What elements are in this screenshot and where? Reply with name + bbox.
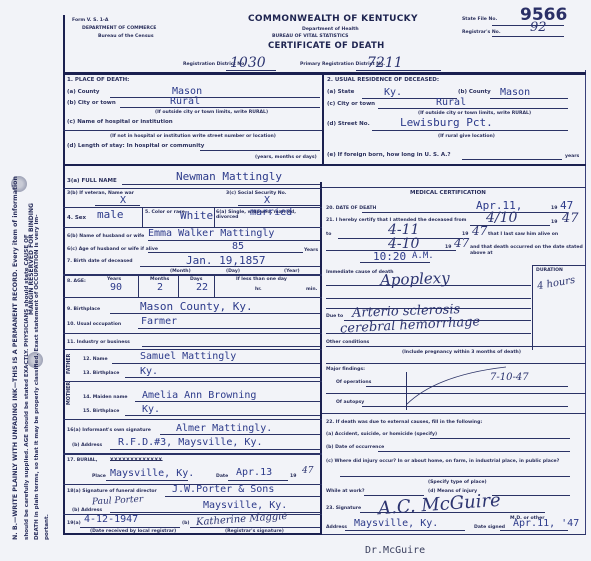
age-hr-label: hr. [255,287,262,292]
age-min-label: min. [306,287,317,292]
res-state-label: (a) State [327,89,354,95]
res-county-label: (b) County [458,89,491,95]
operations-label: Of operations [336,380,371,385]
major-findings-label: Major findings: [326,367,365,372]
res-street-value: Lewisburg Pct. [400,116,493,129]
binding-margin: N. B.—WRITE PLAINLY WITH UNFADING INK—TH… [0,0,62,561]
address-label: Address [326,525,347,530]
death-occurred-text: and that death occurred on the date stat… [470,245,585,257]
birth-date-label: 7. Birth date of deceased [67,259,132,264]
attended-from-year-prefix: 19 [551,220,557,225]
industry-label: 11. Industry or business [67,340,130,345]
funeral-director-label: 18(a) Signature of funeral director [67,489,157,494]
where-injury-label: (c) Where did injury occur? In or about … [326,458,581,465]
stay-label: (d) Length of stay: In hospital or commu… [67,143,204,149]
father-side-label: FATHER [67,354,72,374]
death-city-value: Rural [170,96,200,107]
color-value: White [180,209,213,222]
primary-reg-value: 7211 [367,55,403,71]
binding-label: MARGIN RESERVED FOR BINDING [28,203,35,315]
residence-label: 2. USUAL RESIDENCE OF DECEASED: [327,77,439,83]
funeral-director-signature: Paul Porter [92,495,144,508]
instruction-line-1: N. B.—WRITE PLAINLY WITH UNFADING INK—TH… [12,176,19,540]
color-label: 5. Color or race [145,210,185,215]
spouse-age-value: 85 [232,241,244,252]
while-work-label: While at work? [326,489,364,494]
informant-label: 16(a) Informant's own signature [67,428,151,433]
marital-value: married [250,207,292,218]
death-county-label: (a) County [67,89,100,95]
res-street-note: (If rural give location) [438,134,495,139]
death-city-note: (If outside city or town limits, write R… [155,110,268,115]
instruction-line-4: portant. [44,514,50,540]
funeral-addr-label: (b) Address [72,508,102,513]
stay-note: (years, months or days) [255,155,317,160]
res-city-value: Rural [436,97,466,108]
duration-value: 4 hours [536,275,576,292]
father-name-label: 12. Name [83,357,108,362]
hospital-label: (c) Name of hospital or institution [67,119,173,125]
mother-name-value: Amelia Ann Browning [142,390,256,401]
accident-label: (a) Accident, suicide, or homicide (spec… [326,432,437,437]
filed-label: 19(a) [67,521,81,526]
time-of-death: 10:20 [373,250,406,263]
attended-to-year: 47 [472,224,487,238]
res-city-label: (c) City or town [327,101,375,107]
father-name-value: Samuel Mattingly [140,351,236,362]
burial-place-value: Maysville, Ky. [110,468,194,479]
to-label: to [326,232,331,237]
ssn-label: 3(c) Social Security No. [226,191,287,196]
funeral-director-value: J.W.Porter & Sons [172,484,274,495]
burial-struck-text: XXXXXXXXXXXXX [110,458,163,463]
hospital-note: (If not in hospital or institution write… [110,134,276,139]
res-foreign-label: (e) If foreign born, how long in U. S. A… [327,152,451,158]
place-type-note: (Specify type of place) [428,480,487,485]
occurrence-label: (b) Date of occurrence [326,445,384,450]
attended-from-year: 47 [562,211,579,226]
duration-label: DURATION [536,268,563,273]
date-signed-value: Apr.11, '47 [513,518,579,529]
spouse-label: 6(b) Name of husband or wife [67,234,144,239]
place-of-death-label: 1. PLACE OF DEATH: [67,77,129,83]
bureau-census: Bureau of the Census [98,34,154,39]
dept-health: Department of Health [302,27,359,32]
registrar-no-value: 92 [530,20,547,35]
form-right-border [585,70,586,535]
date-death-label: 20. DATE OF DEATH [326,206,376,211]
death-city-label: (b) City or town [67,100,116,106]
ssn-value: X [264,195,270,206]
death-certificate: N. B.—WRITE PLAINLY WITH UNFADING INK—TH… [0,0,591,561]
mother-side-label: MOTHER [67,382,72,405]
occupation-label: 10. Usual occupation [67,322,121,327]
check-stroke-icon [406,365,516,410]
date-death-year-prefix: 19 [551,206,557,211]
spouse-age-unit: Years [304,248,318,253]
informant-addr-label: (b) Address [72,443,102,448]
burial-place-label: Place [92,474,106,479]
age-years-value: 90 [110,282,122,293]
age-label: 8. AGE: [67,279,86,284]
age-less-day-label: If less than one day [236,277,287,282]
registrar-no-label: Registrar's No. [462,30,501,35]
sex-label: 4. Sex [67,215,86,221]
informant-addr-value: R.F.D.#3, Maysville, Ky. [118,437,263,448]
birthplace-label: 9. Birthplace [67,307,100,312]
res-foreign-unit: years [565,154,579,159]
mother-birthplace-label: 15. Birthplace [83,409,119,414]
reg-district-value: 1030 [230,55,266,71]
burial-year-prefix: 19 [290,474,296,479]
spouse-age-label: 6(c) Age of husband or wife if alive [67,247,158,252]
res-street-label: (d) Street No. [327,121,370,127]
burial-date-label: Date [216,474,228,479]
res-county-value: Mason [500,87,530,98]
veteran-value: X [120,195,126,206]
physician-address: Maysville, Ky. [354,518,438,529]
other-conditions-note: (Include pregnancy within 3 months of de… [402,350,521,355]
father-birthplace-label: 13. Birthplace [83,371,119,376]
bureau-vital: BUREAU OF VITAL STATISTICS [272,34,348,39]
document-title: CERTIFICATE OF DEATH [268,41,385,51]
time-suffix: A.M. [412,251,434,261]
sex-value: male [97,208,124,221]
attended-from: 4/10 [486,210,517,226]
form-id: Form V. S. 1-A [72,18,108,23]
funeral-addr-value: Maysville, Ky. [203,500,287,511]
burial-date-value: Apr.13 [236,467,272,478]
medical-heading: MEDICAL CERTIFICATION [410,190,486,196]
full-name-value: Newman Mattingly [176,170,282,183]
burial-label: 17. BURIAL, [67,458,97,463]
due-to-label: Due to [326,314,343,319]
dept-commerce: DEPARTMENT OF COMMERCE [82,26,156,31]
other-conditions-label: Other conditions [326,340,369,345]
mother-name-label: 14. Maiden name [83,395,128,400]
full-name-label: 3(a) FULL NAME [67,178,117,184]
father-birthplace-value: Ky. [140,366,158,377]
last-alive-year: 47 [454,236,469,250]
age-months-value: 2 [157,282,163,293]
mother-birthplace-value: Ky. [142,404,160,415]
signature-label: 23. Signature [326,506,361,511]
birth-date-value: Jan. 19,1857 [186,254,265,267]
last-alive-text: that I last saw him alive on [488,232,558,237]
header-rule [63,72,586,75]
doctor-typed-name: Dr.McGuire [365,545,425,556]
age-days-value: 22 [196,282,208,293]
immediate-cause-value: Apoplexy [380,269,450,289]
autopsy-label: Of autopsy [336,400,364,405]
res-state-value: Ky. [384,87,402,98]
filed-date-value: 4-12-1947 [84,514,138,525]
informant-value: Almer Mattingly. [176,423,272,434]
state-title: COMMONWEALTH OF KENTUCKY [248,14,418,24]
burial-year-value: 47 [302,466,313,476]
occupation-value: Farmer [141,316,177,327]
external-label: 22. If death was due to external causes,… [326,420,482,425]
registrar-sig-label: (b) [182,521,190,526]
state-file-label: State File No. [462,17,497,22]
birthplace-value: Mason County, Ky. [140,300,253,313]
last-alive-year-prefix: 19 [445,245,451,250]
spouse-value: Emma Walker Mattingly [148,228,274,239]
